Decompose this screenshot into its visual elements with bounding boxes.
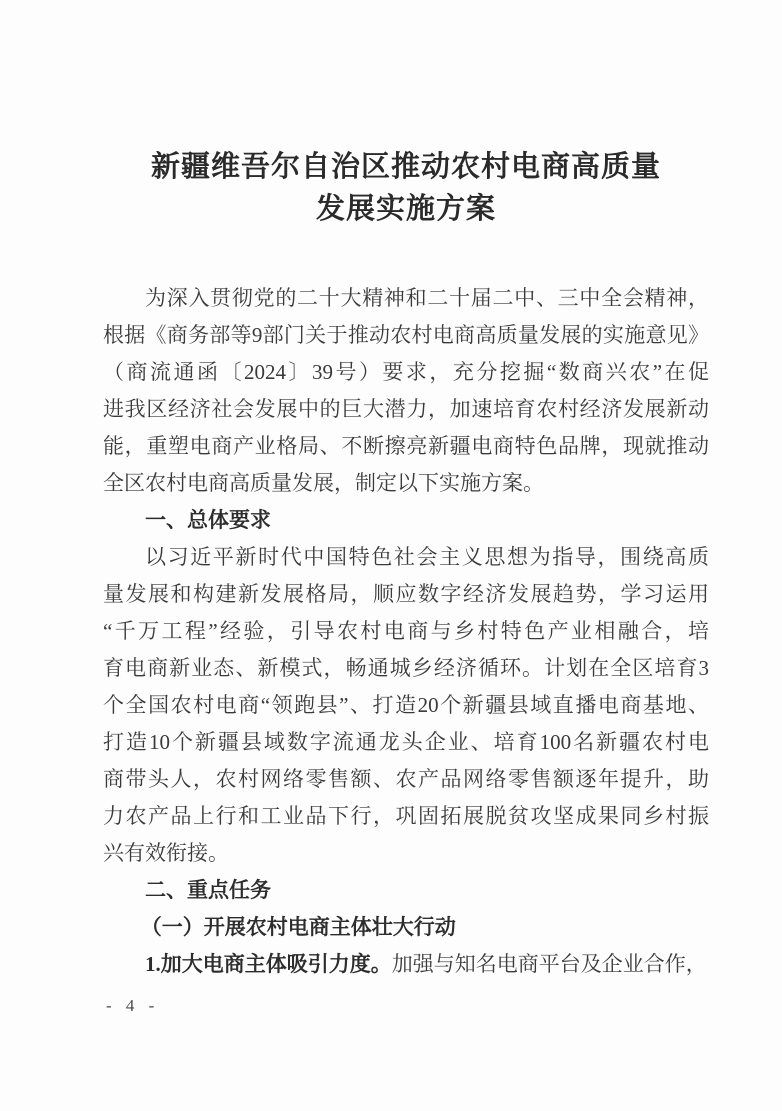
document-title-line: 发展实施方案	[103, 188, 709, 230]
text-line: 进我区经济社会发展中的巨大潜力，加速培育农村经济发展新动	[103, 391, 709, 428]
section-heading-2: 二、重点任务	[103, 872, 709, 909]
text-line: “千万工程”经验，引导农村电商与乡村特色产业相融合，培	[103, 613, 709, 650]
page-number: - 4 -	[106, 996, 159, 1016]
task-item-1-lead: 1.加大电商主体吸引力度。	[145, 952, 392, 976]
task-item-1: 1.加大电商主体吸引力度。加强与知名电商平台及企业合作，	[103, 946, 709, 983]
task-item-1-text: 加强与知名电商平台及企业合作，	[392, 952, 707, 976]
intro-paragraph: 为深入贯彻党的二十大精神和二十届二中、三中全会精神，根据《商务部等9部门关于推动…	[103, 280, 709, 502]
text-line: 力农产品上行和工业品下行，巩固拓展脱贫攻坚成果同乡村振	[103, 798, 709, 835]
text-line: 个全国农村电商“领跑县”、打造20个新疆县域直播电商基地、	[103, 687, 709, 724]
text-line: 以习近平新时代中国特色社会主义思想为指导，围绕高质	[103, 539, 709, 576]
document-body: 新疆维吾尔自治区推动农村电商高质量发展实施方案 为深入贯彻党的二十大精神和二十届…	[103, 146, 709, 983]
text-line: 打造10个新疆县域数字流通龙头企业、培育100名新疆农村电	[103, 724, 709, 761]
subsection-heading-1: （一）开展农村电商主体壮大行动	[103, 909, 709, 946]
text-line: 育电商新业态、新模式，畅通城乡经济循环。计划在全区培育3	[103, 650, 709, 687]
overview-paragraph: 以习近平新时代中国特色社会主义思想为指导，围绕高质量发展和构建新发展格局，顺应数…	[103, 539, 709, 872]
text-line: 商带头人，农村网络零售额、农产品网络零售额逐年提升，助	[103, 761, 709, 798]
document-title: 新疆维吾尔自治区推动农村电商高质量发展实施方案	[103, 146, 709, 230]
text-line: 全区农村电商高质量发展，制定以下实施方案。	[103, 465, 709, 502]
text-line: 量发展和构建新发展格局，顺应数字经济发展趋势，学习运用	[103, 576, 709, 613]
section-heading-1: 一、总体要求	[103, 502, 709, 539]
text-line: 为深入贯彻党的二十大精神和二十届二中、三中全会精神，	[103, 280, 709, 317]
text-line: 兴有效衔接。	[103, 835, 709, 872]
text-line: 根据《商务部等9部门关于推动农村电商高质量发展的实施意见》	[103, 317, 709, 354]
page: 新疆维吾尔自治区推动农村电商高质量发展实施方案 为深入贯彻党的二十大精神和二十届…	[0, 0, 782, 1111]
text-line: （商流通函〔2024〕39号）要求，充分挖掘“数商兴农”在促	[103, 354, 709, 391]
document-title-line: 新疆维吾尔自治区推动农村电商高质量	[103, 146, 709, 188]
text-line: 能，重塑电商产业格局、不断擦亮新疆电商特色品牌，现就推动	[103, 428, 709, 465]
